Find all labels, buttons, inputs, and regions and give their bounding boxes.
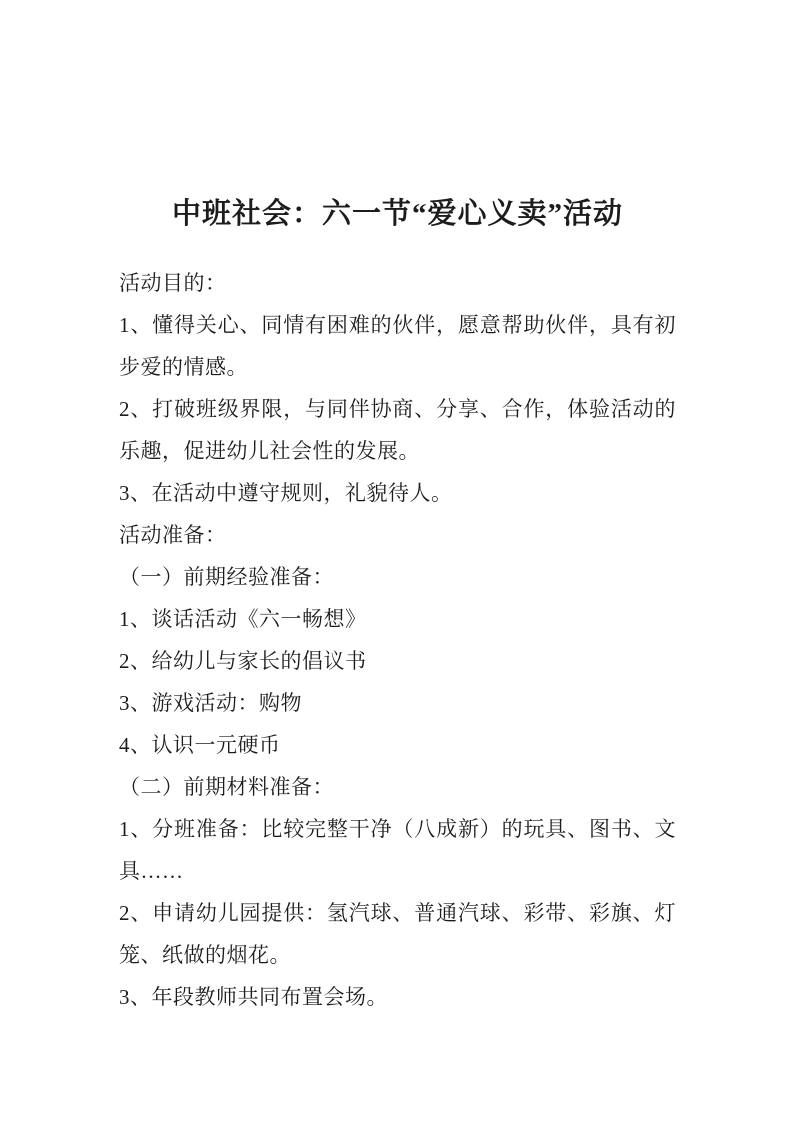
paragraph-experience-prep-item-2: 2、给幼儿与家长的倡议书 [119,640,676,682]
document-content: 中班社会：六一节“爱心义卖”活动 活动目的： 1、懂得关心、同情有困难的伙伴，愿… [119,192,676,1018]
paragraph-experience-prep-heading: （一）前期经验准备： [119,556,676,598]
document-page: 中班社会：六一节“爱心义卖”活动 活动目的： 1、懂得关心、同情有困难的伙伴，愿… [0,0,793,1122]
document-title: 中班社会：六一节“爱心义卖”活动 [119,192,676,236]
paragraph-activity-preparation-heading: 活动准备： [119,514,676,556]
paragraph-experience-prep-item-4: 4、认识一元硬币 [119,724,676,766]
paragraph-material-prep-heading: （二）前期材料准备： [119,766,676,808]
paragraph-experience-prep-item-3: 3、游戏活动：购物 [119,682,676,724]
paragraph-experience-prep-item-1: 1、谈话活动《六一畅想》 [119,598,676,640]
paragraph-purpose-item-3: 3、在活动中遵守规则，礼貌待人。 [119,472,676,514]
paragraph-purpose-item-1: 1、懂得关心、同情有困难的伙伴，愿意帮助伙伴，具有初步爱的情感。 [119,304,676,388]
paragraph-material-prep-item-2: 2、申请幼儿园提供：氢汽球、普通汽球、彩带、彩旗、灯笼、纸做的烟花。 [119,892,676,976]
paragraph-material-prep-item-3: 3、年段教师共同布置会场。 [119,976,676,1018]
paragraph-activity-purpose-heading: 活动目的： [119,262,676,304]
paragraph-purpose-item-2: 2、打破班级界限，与同伴协商、分享、合作，体验活动的乐趣，促进幼儿社会性的发展。 [119,388,676,472]
paragraph-material-prep-item-1: 1、分班准备：比较完整干净（八成新）的玩具、图书、文具…… [119,808,676,892]
